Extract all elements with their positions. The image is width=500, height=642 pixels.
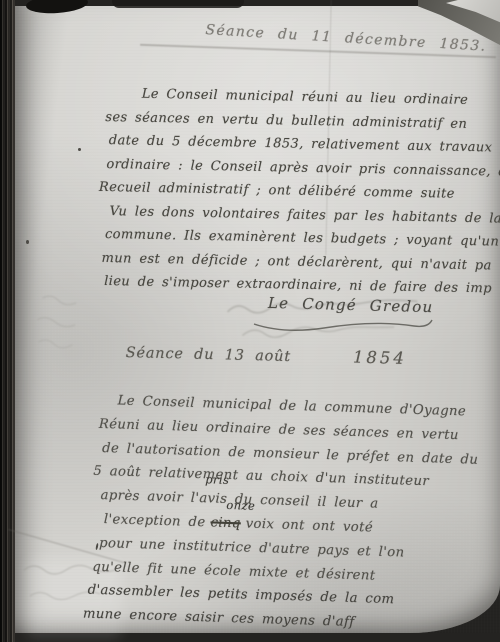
deliberation-paragraph-1: Le Conseil municipal réuni au lieu ordin…	[104, 82, 500, 302]
interlinear-insertion: pris	[205, 468, 230, 493]
ink-speck	[78, 148, 81, 151]
line-segment: l'exception de	[104, 512, 206, 530]
manuscript-photo: Séance du 11 décembre 1853. Le Conseil m…	[0, 0, 500, 642]
session-year: 1854	[353, 348, 407, 368]
deliberation-paragraph-2: Le Conseil municipal de la commune d'Oya…	[97, 389, 481, 639]
book-binding-edge	[0, 0, 15, 642]
interlinear-insertion: onze	[226, 494, 256, 519]
ink-speck	[26, 240, 29, 244]
top-edge-shadow	[112, 0, 244, 8]
line-segment: voix ont ont voté	[245, 517, 373, 536]
signature-flourish	[250, 308, 435, 336]
